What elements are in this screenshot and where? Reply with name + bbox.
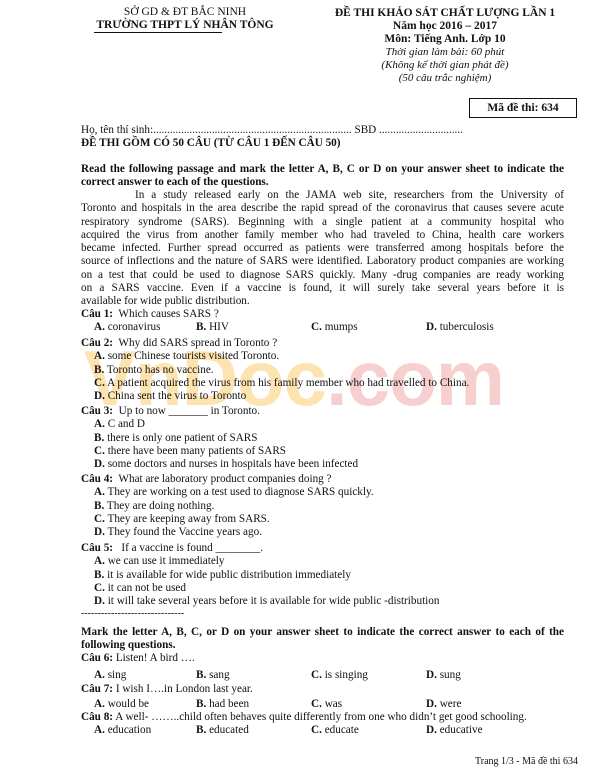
option-letter: A.	[94, 724, 105, 736]
option-text: it is available for wide public distribu…	[107, 569, 351, 581]
option-letter: A.	[94, 418, 105, 430]
option-text: They found the Vaccine years ago.	[108, 526, 263, 538]
exam-info: ĐỀ THI GỒM CÓ 50 CÂU (TỪ CÂU 1 ĐẾN CÂU 5…	[81, 137, 341, 150]
question-label: Câu 1:	[81, 308, 113, 320]
question-label: Câu 6:	[81, 652, 113, 664]
option-text: educate	[325, 724, 359, 736]
school-name-text: TRƯỜNG THPT LÝ NHÂN TÔNG	[96, 19, 273, 31]
duration-note: (Không kể thời gian phát đề)	[300, 59, 590, 72]
exam-code-box: Mã đề thi: 634	[469, 98, 577, 118]
option-c[interactable]: C. there have been many patients of SARS	[81, 445, 564, 458]
option-letter: D.	[426, 321, 437, 333]
option-c[interactable]: C. mumps	[311, 321, 426, 334]
question-label: Câu 7:	[81, 683, 113, 695]
option-letter: C.	[94, 445, 105, 457]
option-text: educative	[440, 724, 483, 736]
option-letter: C.	[311, 698, 322, 710]
option-letter: B.	[196, 724, 206, 736]
option-b[interactable]: B. it is available for wide public distr…	[81, 569, 564, 582]
option-a[interactable]: A. coronavirus	[81, 321, 196, 334]
option-c[interactable]: C. was	[311, 698, 426, 711]
option-letter: A.	[94, 669, 105, 681]
option-c[interactable]: C. educate	[311, 724, 426, 737]
question-count: (50 câu trắc nghiệm)	[300, 72, 590, 85]
question-label: Câu 3:	[81, 405, 113, 417]
passage-line: on a test that could be used to diagnose…	[81, 269, 564, 282]
option-b[interactable]: B. educated	[196, 724, 311, 737]
option-text: They are keeping away from SARS.	[108, 513, 270, 525]
option-letter: B.	[94, 364, 104, 376]
option-text: we can use it immediately	[108, 555, 225, 567]
option-text: some doctors and nurses in hospitals hav…	[108, 458, 358, 470]
option-d[interactable]: D. They found the Vaccine years ago.	[81, 526, 564, 539]
header-left: SỞ GD & ĐT BẮC NINH TRƯỜNG THPT LÝ NHÂN …	[60, 6, 310, 32]
section-separator: -------------------------------	[81, 607, 184, 620]
question-label: Câu 5:	[81, 542, 113, 554]
option-letter: C.	[311, 669, 322, 681]
option-b[interactable]: B. there is only one patient of SARS	[81, 432, 564, 445]
question-text: Why did SARS spread in Toronto ?	[118, 337, 277, 349]
passage-line: In a study released early on the JAMA we…	[81, 189, 564, 202]
option-text: coronavirus	[108, 321, 161, 333]
passage-line: respiratory syndrome (SARS). Beginning w…	[81, 216, 564, 229]
option-letter: B.	[196, 669, 206, 681]
option-a[interactable]: A. some Chinese tourists visited Toronto…	[81, 350, 564, 363]
option-letter: A.	[94, 350, 105, 362]
passage-line: available for wide public distribution.	[81, 295, 564, 308]
question-text: A well- ……..child often behaves quite di…	[115, 711, 527, 723]
option-text: it will take several years before it is …	[108, 595, 440, 607]
option-text: is singing	[325, 669, 368, 681]
option-text: was	[325, 698, 342, 710]
option-text: China sent the virus to Toronto	[108, 390, 247, 402]
option-text: sung	[440, 669, 461, 681]
option-text: it can not be used	[108, 582, 186, 594]
option-d[interactable]: D. some doctors and nurses in hospitals …	[81, 458, 564, 471]
section2-instruction-line: following questions.	[81, 639, 564, 652]
option-text: They are working on a test used to diagn…	[108, 486, 374, 498]
subject: Môn: Tiếng Anh. Lớp 10	[300, 33, 590, 46]
option-letter: B.	[94, 569, 104, 581]
header-right: ĐỀ THI KHẢO SÁT CHẤT LƯỢNG LẦN 1 Năm học…	[300, 7, 590, 85]
option-text: mumps	[325, 321, 358, 333]
section1-instruction: Read the following passage and mark the …	[81, 163, 564, 190]
option-text: C and D	[108, 418, 145, 430]
school-name: TRƯỜNG THPT LÝ NHÂN TÔNG	[60, 19, 310, 32]
option-letter: C.	[311, 321, 322, 333]
option-text: education	[108, 724, 152, 736]
option-d[interactable]: D. sung	[426, 669, 546, 682]
option-d[interactable]: D. China sent the virus to Toronto	[81, 390, 564, 403]
option-text: some Chinese tourists visited Toronto.	[108, 350, 279, 362]
option-text: sing	[108, 669, 127, 681]
option-text: They are doing nothing.	[107, 500, 215, 512]
passage-line: Toronto and hospitals in the area descri…	[81, 202, 564, 215]
page-footer: Trang 1/3 - Mã đề thi 634	[475, 756, 578, 767]
section2-instruction: Mark the letter A, B, C, or D on your an…	[81, 626, 564, 653]
option-letter: D.	[426, 669, 437, 681]
option-c[interactable]: C. it can not be used	[81, 582, 564, 595]
option-text: would be	[108, 698, 149, 710]
option-letter: D.	[94, 595, 105, 607]
option-a[interactable]: A. They are working on a test used to di…	[81, 486, 564, 499]
option-b[interactable]: B. sang	[196, 669, 311, 682]
school-year: Năm học 2016 – 2017	[300, 20, 590, 33]
option-letter: B.	[94, 432, 104, 444]
option-letter: C.	[94, 582, 105, 594]
option-letter: A.	[94, 555, 105, 567]
option-text: there have been many patients of SARS	[108, 445, 286, 457]
option-text: tuberculosis	[440, 321, 494, 333]
question-8: Câu 8: A well- ……..child often behaves q…	[81, 711, 564, 738]
option-letter: B.	[94, 500, 104, 512]
option-letter: D.	[94, 458, 105, 470]
option-b[interactable]: B. Toronto has no vaccine.	[81, 364, 564, 377]
reading-passage: In a study released early on the JAMA we…	[81, 189, 564, 309]
option-c[interactable]: C. A patient acquired the virus from his…	[81, 377, 564, 390]
option-text: sang	[209, 669, 230, 681]
option-text: educated	[209, 724, 249, 736]
question-text: Which causes SARS ?	[118, 308, 218, 320]
section1-instruction-line: correct answer to each of the questions.	[81, 176, 564, 189]
passage-line: acquired the virus from another family m…	[81, 229, 564, 242]
question-text: Up to now _______ in Toronto.	[119, 405, 260, 417]
exam-title: ĐỀ THI KHẢO SÁT CHẤT LƯỢNG LẦN 1	[300, 7, 590, 20]
question-text: I wish I….in London last year.	[116, 683, 253, 695]
question-2: Câu 2: Why did SARS spread in Toronto ? …	[81, 337, 564, 403]
candidate-sbd-field[interactable]: SBD ..............................	[354, 124, 462, 136]
passage-line: became infected. Further spread occurred…	[81, 242, 564, 255]
option-letter: C.	[94, 377, 105, 389]
school-underline	[94, 32, 222, 33]
option-letter: D.	[426, 724, 437, 736]
question-7: Câu 7: I wish I….in London last year. A.…	[81, 683, 564, 712]
option-b[interactable]: B. HIV	[196, 321, 311, 334]
option-a[interactable]: A. would be	[81, 698, 196, 711]
option-a[interactable]: A. education	[81, 724, 196, 737]
option-d[interactable]: D. educative	[426, 724, 546, 737]
option-letter: A.	[94, 321, 105, 333]
option-c[interactable]: C. is singing	[311, 669, 426, 682]
option-letter: A.	[94, 698, 105, 710]
duration: Thời gian làm bài: 60 phút	[300, 46, 590, 59]
option-b[interactable]: B. had been	[196, 698, 311, 711]
option-text: A patient acquired the virus from his fa…	[107, 377, 469, 389]
option-a[interactable]: A. we can use it immediately	[81, 555, 564, 568]
option-text: were	[440, 698, 462, 710]
question-4: Câu 4: What are laboratory product compa…	[81, 473, 564, 539]
passage-line: on a SARS vaccine. Even if a vaccine is …	[81, 282, 564, 295]
question-text: Listen! A bird ….	[116, 652, 195, 664]
question-label: Câu 4:	[81, 473, 113, 485]
question-label: Câu 8:	[81, 711, 113, 723]
option-letter: A.	[94, 486, 105, 498]
question-1: Câu 1: Which causes SARS ? A. coronaviru…	[81, 308, 564, 335]
section2-instruction-line: Mark the letter A, B, C, or D on your an…	[81, 626, 564, 639]
option-letter: B.	[196, 698, 206, 710]
option-c[interactable]: C. They are keeping away from SARS.	[81, 513, 564, 526]
passage-line: source of inflections and the nature of …	[81, 255, 564, 268]
option-d[interactable]: D. were	[426, 698, 546, 711]
option-text: Toronto has no vaccine.	[107, 364, 214, 376]
option-letter: D.	[426, 698, 437, 710]
option-text: there is only one patient of SARS	[107, 432, 257, 444]
option-d[interactable]: D. tuberculosis	[426, 321, 546, 334]
candidate-name-field[interactable]: Họ, tên thí sinh:.......................…	[81, 124, 352, 136]
question-label: Câu 2:	[81, 337, 113, 349]
option-a[interactable]: A. sing	[81, 669, 196, 682]
option-letter: D.	[94, 390, 105, 402]
question-5: Câu 5: If a vaccine is found ________. A…	[81, 542, 564, 608]
option-b[interactable]: B. They are doing nothing.	[81, 500, 564, 513]
option-letter: C.	[94, 513, 105, 525]
option-a[interactable]: A. C and D	[81, 418, 564, 431]
option-letter: D.	[94, 526, 105, 538]
question-3: Câu 3: Up to now _______ in Toronto. A. …	[81, 405, 564, 471]
question-text: If a vaccine is found ________.	[121, 542, 263, 554]
question-6: Câu 6: Listen! A bird …. A. sing B. sang…	[81, 652, 564, 683]
candidate-line: Họ, tên thí sinh:.......................…	[81, 124, 463, 137]
department-name: SỞ GD & ĐT BẮC NINH	[60, 6, 310, 19]
option-text: had been	[209, 698, 249, 710]
question-text: What are laboratory product companies do…	[118, 473, 331, 485]
option-letter: B.	[196, 321, 206, 333]
section1-instruction-line: Read the following passage and mark the …	[81, 163, 564, 176]
option-letter: C.	[311, 724, 322, 736]
option-text: HIV	[209, 321, 229, 333]
